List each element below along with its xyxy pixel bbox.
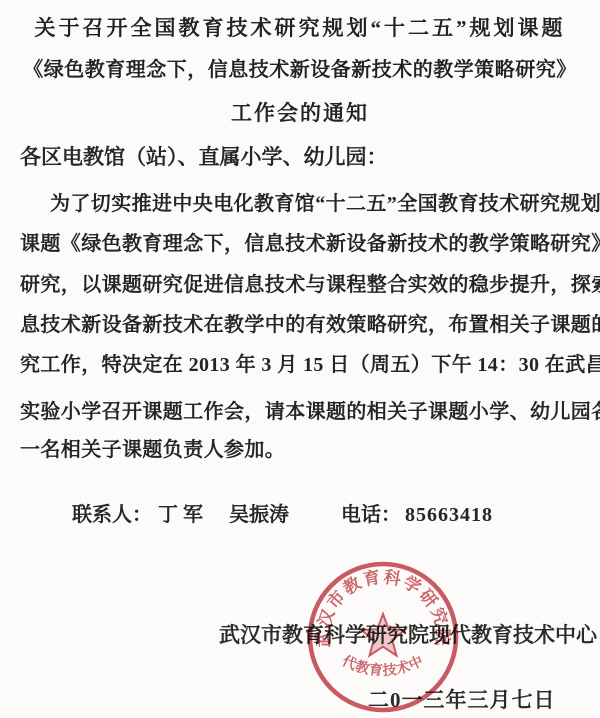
phone-label: 电话： — [341, 504, 401, 526]
contact-person-1: 丁 军 — [158, 504, 203, 526]
body-line: 一名相关子课题负责人参加。 — [20, 433, 285, 462]
doc-title-line-2: 《绿色教育理念下，信息技术新设备新技术的教学策略研究》 — [0, 53, 600, 82]
doc-title-line-1: 关于召开全国教育技术研究规划“十二五”规划课题 — [0, 12, 600, 42]
body-line: 究工作，特决定在 2013 年 3 月 15 日（周五）下午 14：30 在武昌… — [20, 348, 600, 377]
salutation: 各区电教馆（站）、直属小学、幼儿园： — [20, 141, 388, 171]
document-page: 关于召开全国教育技术研究规划“十二五”规划课题 《绿色教育理念下，信息技术新设备… — [0, 0, 600, 718]
contact-line: 联系人：丁 军吴振涛电话：85663418 — [72, 498, 493, 527]
phone-number: 85663418 — [405, 504, 493, 526]
doc-title-line-3: 工作会的通知 — [0, 97, 600, 127]
contact-person-2: 吴振涛 — [229, 504, 289, 526]
body-line: 为了切实推进中央电化教育馆“十二五”全国教育技术研究规划 — [50, 187, 600, 216]
official-seal-stamp: 武汉市教育科学研究院 现代教育技术中心 — [303, 557, 463, 717]
star-icon — [361, 614, 405, 656]
body-line: 实验小学召开课题工作会，请本课题的相关子课题小学、幼儿园各派 — [20, 395, 600, 424]
body-line: 课题《绿色教育理念下，信息技术新设备新技术的教学策略研究》的 — [20, 227, 600, 256]
body-line: 研究，以课题研究促进信息技术与课程整合实效的稳步提升，探索信 — [20, 268, 600, 297]
body-line: 息技术新设备新技术在教学中的有效策略研究，布置相关子课题的研 — [20, 308, 600, 337]
contact-label: 联系人： — [72, 504, 152, 526]
